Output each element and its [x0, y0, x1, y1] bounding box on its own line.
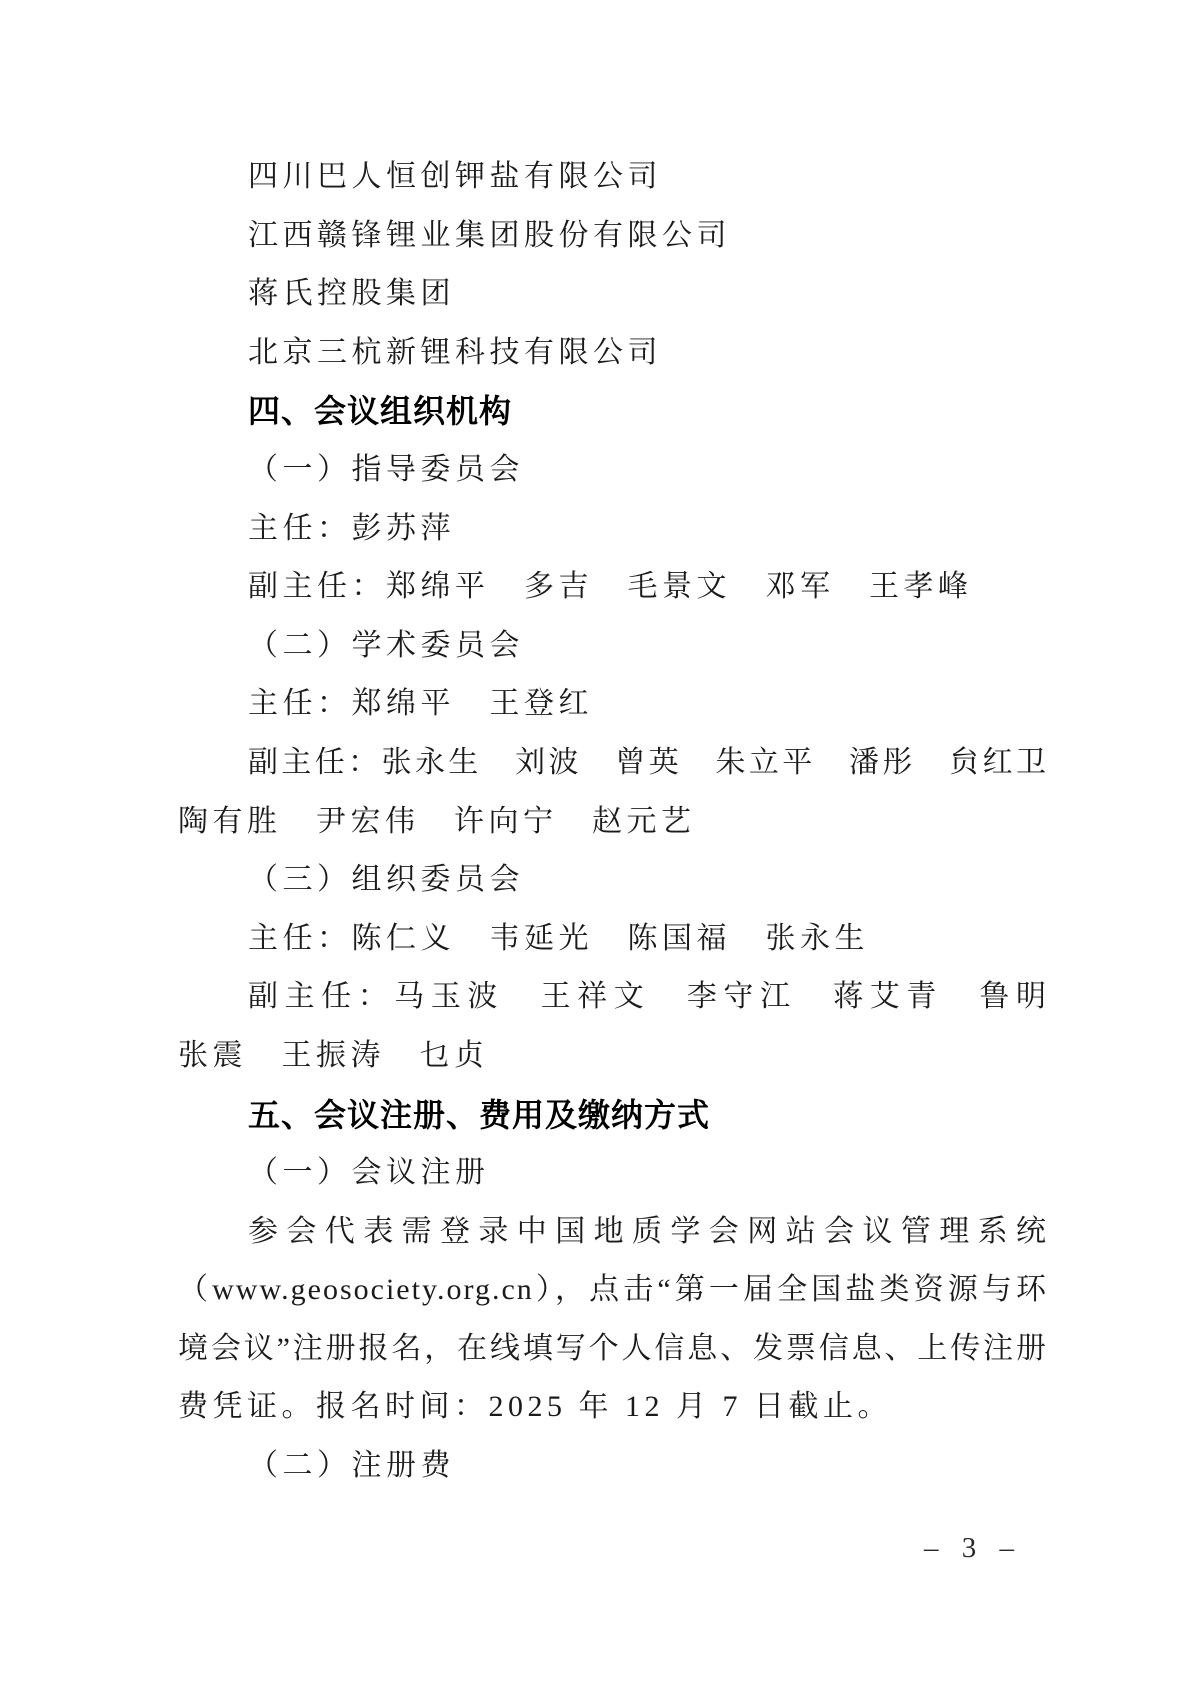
text-line: 江西赣锋锂业集团股份有限公司	[178, 207, 1048, 266]
text-line: 主任：郑绵平 王登红	[178, 675, 1048, 734]
text-line: 副主任：郑绵平 多吉 毛景文 邓军 王孝峰	[178, 558, 1048, 617]
text-line: 费凭证。报名时间：2025 年 12 月 7 日截止。	[178, 1378, 1048, 1437]
text-line: （www.geosociety.org.cn），点击“第一届全国盐类资源与环	[178, 1261, 1048, 1320]
page-number: – 3 –	[0, 1532, 1200, 1565]
text-line: 四川巴人恒创钾盐有限公司	[178, 148, 1048, 207]
text-line: （二）学术委员会	[178, 617, 1048, 676]
text-line: （一）会议注册	[178, 1144, 1048, 1203]
text-line: 陶有胜 尹宏伟 许向宁 赵元艺	[178, 793, 1048, 852]
text-line: 主任：彭苏萍	[178, 500, 1048, 559]
text-line: 副主任：张永生 刘波 曾英 朱立平 潘彤 贠红卫	[178, 734, 1048, 793]
text-line: 副主任：马玉波 王祥文 李守江 蒋艾青 鲁明	[178, 968, 1048, 1027]
text-line: 境会议”注册报名，在线填写个人信息、发票信息、上传注册	[178, 1320, 1048, 1379]
text-line: 张震 王振涛 乜贞	[178, 1027, 1048, 1086]
text-line: （三）组织委员会	[178, 851, 1048, 910]
text-line: 参会代表需登录中国地质学会网站会议管理系统	[178, 1203, 1048, 1262]
section-heading: 四、会议组织机构	[178, 382, 1048, 441]
section-heading: 五、会议注册、费用及缴纳方式	[178, 1086, 1048, 1145]
text-line: 主任：陈仁义 韦延光 陈国福 张永生	[178, 910, 1048, 969]
document-body: 四川巴人恒创钾盐有限公司江西赣锋锂业集团股份有限公司蒋氏控股集团北京三杭新锂科技…	[178, 148, 1048, 1496]
text-line: 蒋氏控股集团	[178, 265, 1048, 324]
text-line: （二）注册费	[178, 1437, 1048, 1496]
text-line: 北京三杭新锂科技有限公司	[178, 324, 1048, 383]
text-line: （一）指导委员会	[178, 441, 1048, 500]
document-page: 四川巴人恒创钾盐有限公司江西赣锋锂业集团股份有限公司蒋氏控股集团北京三杭新锂科技…	[0, 0, 1200, 1697]
